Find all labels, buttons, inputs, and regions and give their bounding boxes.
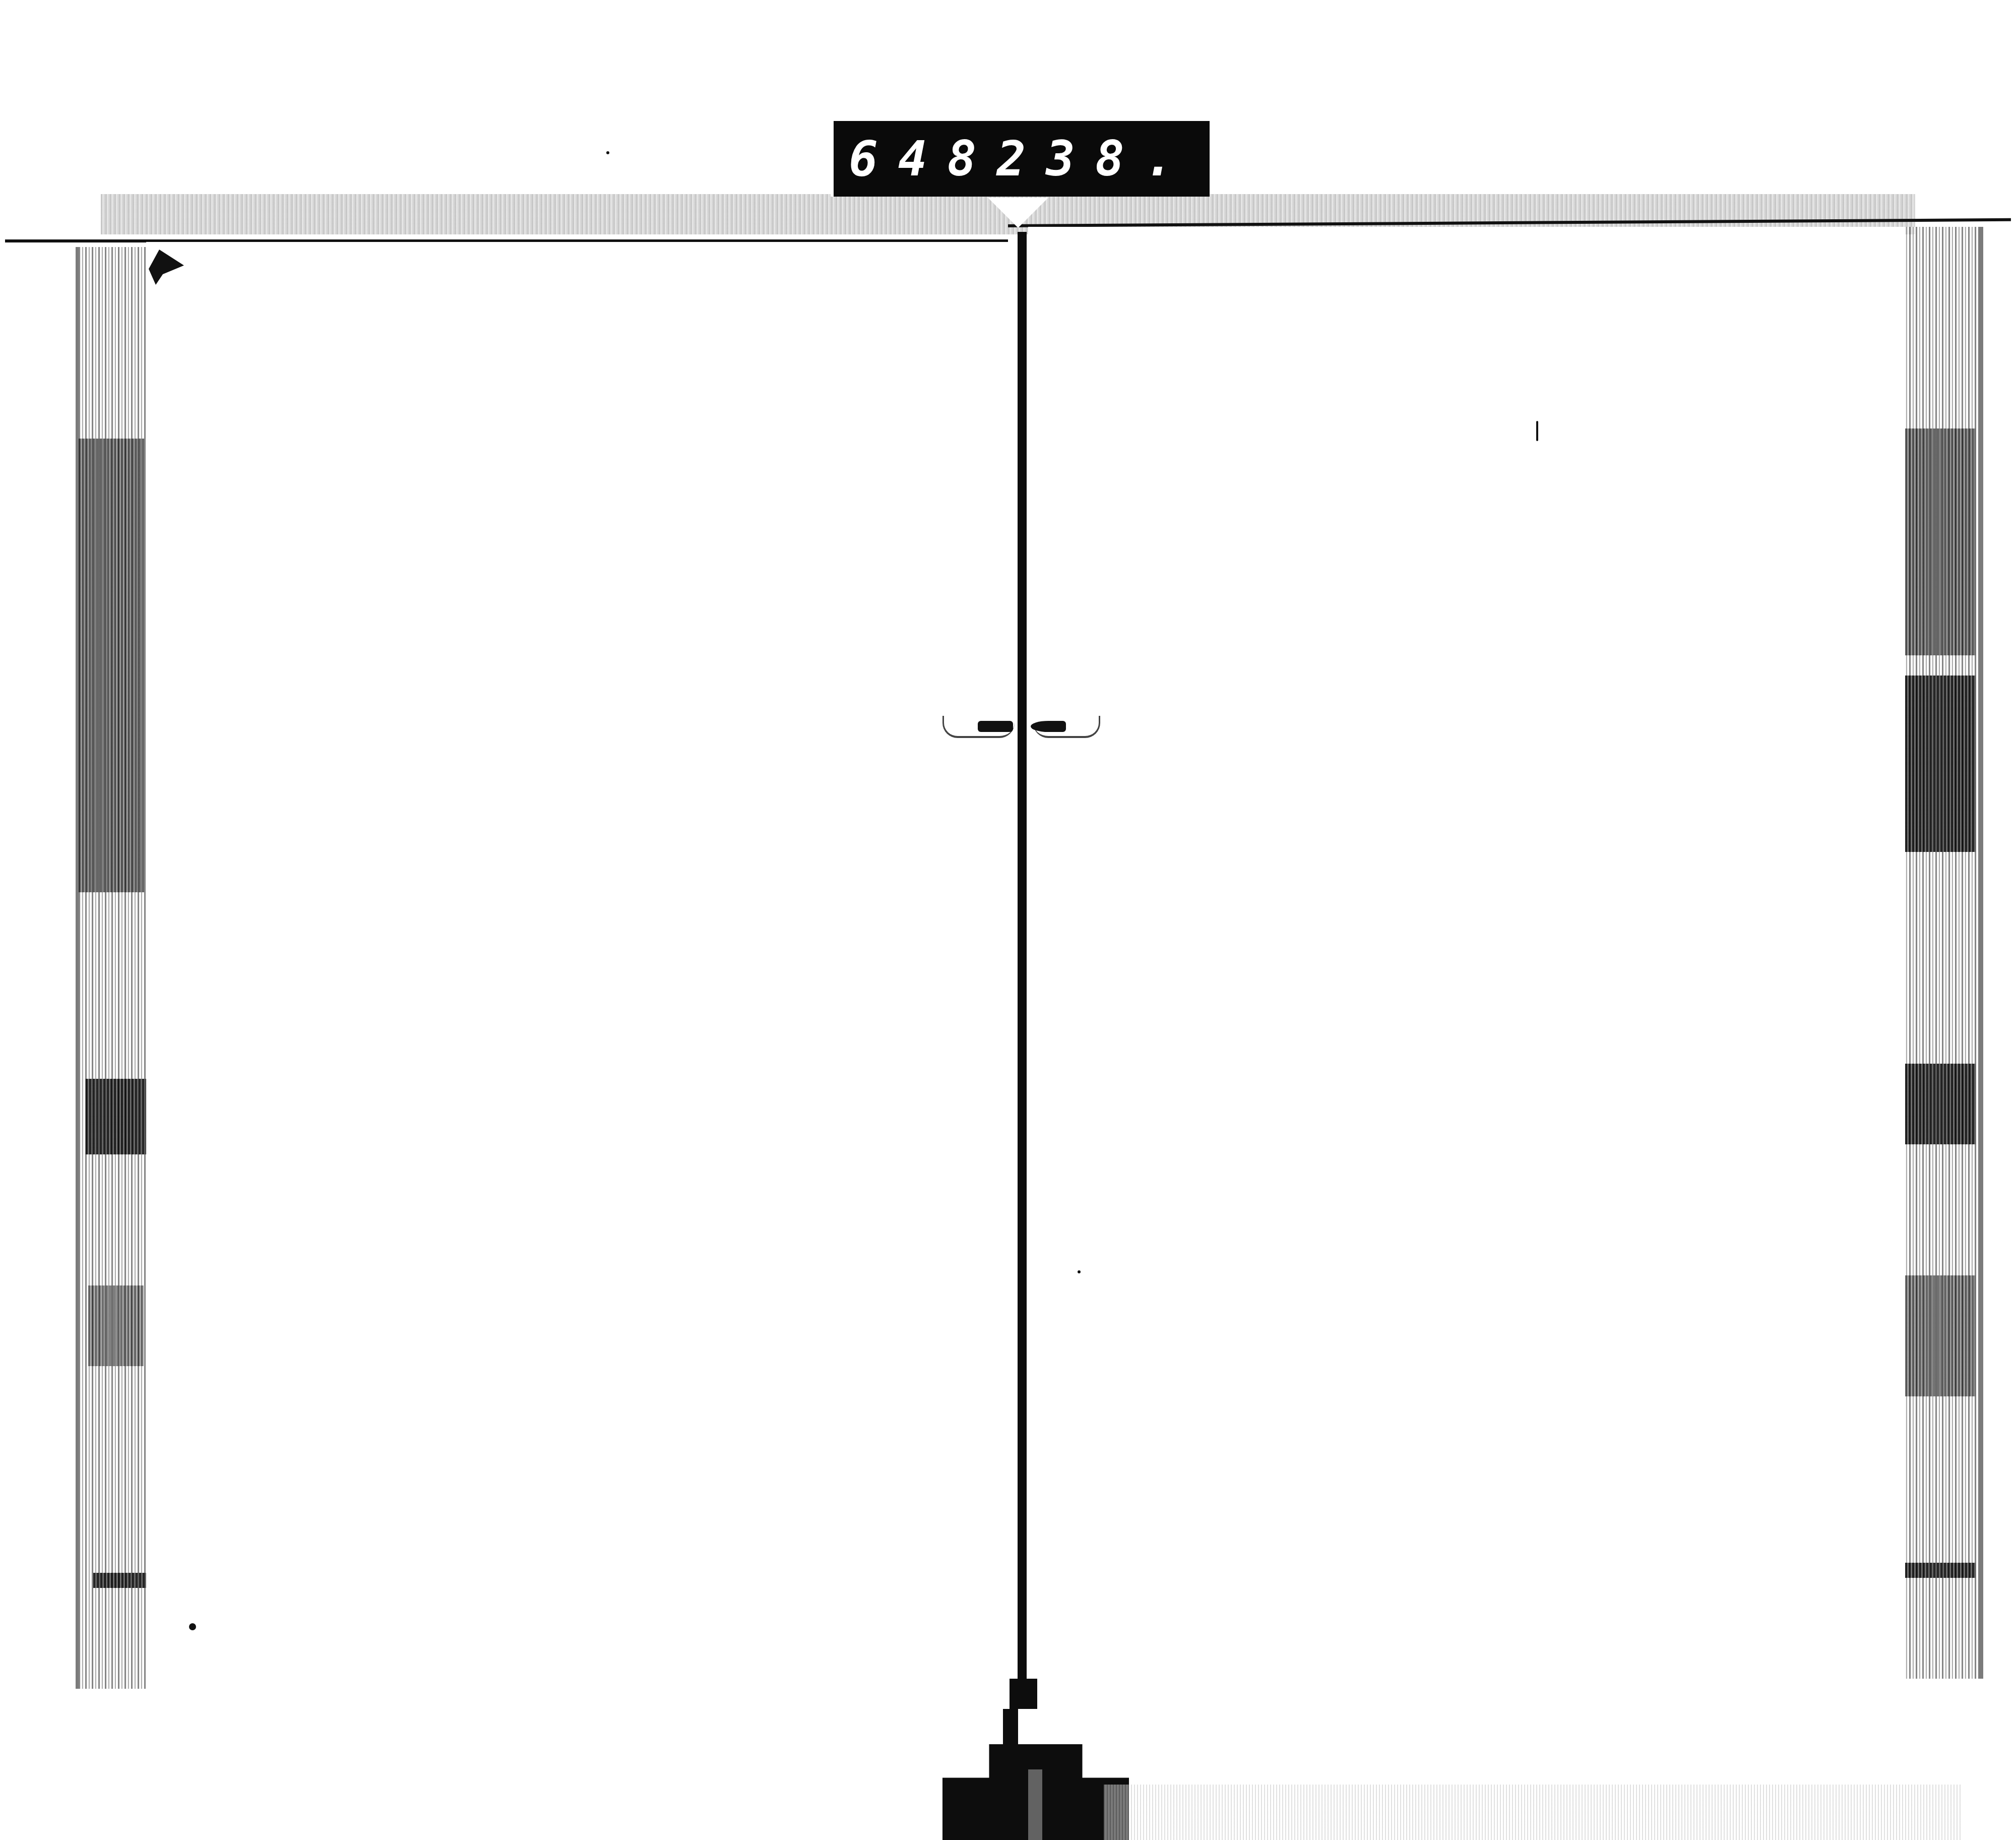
counter-right-value: 238. <box>996 131 1193 187</box>
book-spine-gutter <box>1018 232 1027 1684</box>
dust-speck <box>1536 421 1538 441</box>
bottom-scan-noise <box>1104 1785 1961 1840</box>
right-edge-band <box>1905 1275 1976 1396</box>
counter-left-value: 648 <box>849 131 996 187</box>
spine-clamp <box>1010 1679 1037 1709</box>
binder-clip-left <box>978 721 1013 732</box>
right-page <box>1028 227 1905 1689</box>
right-edge-band <box>1905 676 1976 852</box>
right-edge-band <box>1905 428 1976 655</box>
counter-pointer <box>988 198 1048 228</box>
base-highlight <box>1028 1769 1042 1840</box>
left-edge-band <box>79 439 144 892</box>
right-edge-band <box>1905 1563 1976 1578</box>
dust-speck <box>1078 1270 1081 1273</box>
dust-speck <box>606 151 609 154</box>
spine-clamp-tip <box>1003 1709 1018 1749</box>
binder-clip-right <box>1031 721 1066 732</box>
right-edge-band <box>1905 1064 1976 1144</box>
left-edge-band <box>93 1573 149 1588</box>
left-page <box>146 242 1018 1689</box>
frame-counter: 648 238. <box>831 121 1210 197</box>
left-edge-band <box>86 1079 146 1154</box>
dust-speck <box>189 1623 196 1630</box>
left-edge-band <box>88 1285 144 1366</box>
